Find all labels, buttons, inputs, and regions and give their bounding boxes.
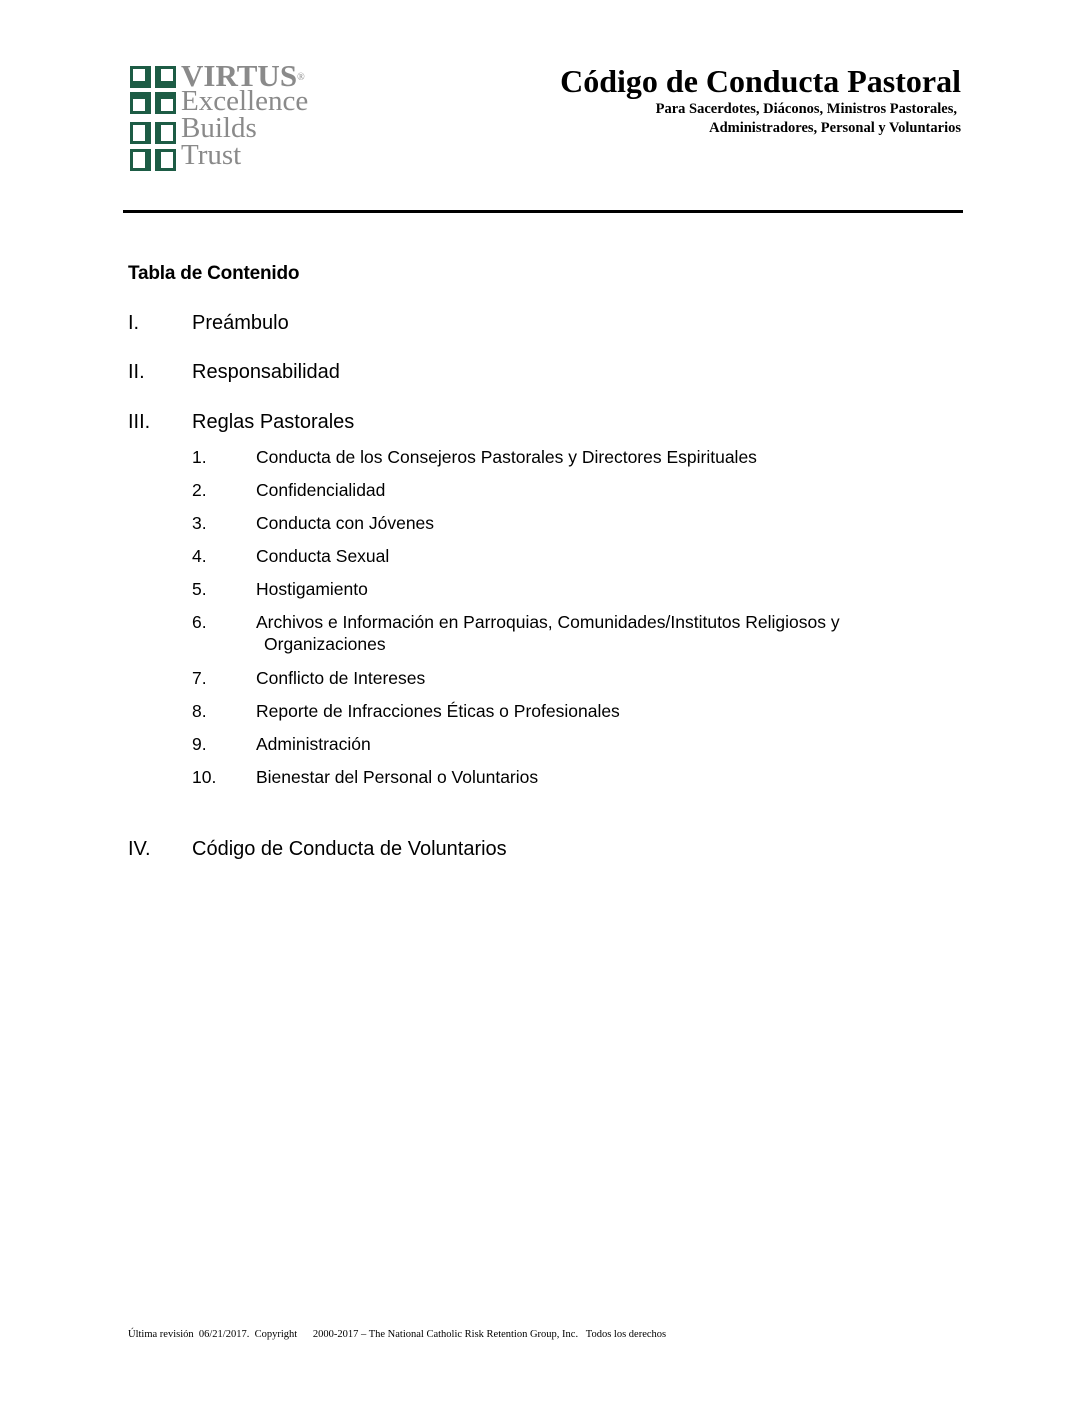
subitem-label: Conducta de los Consejeros Pastorales y … (256, 446, 757, 468)
logo-wordmark: VIRTUS® Excellence Builds Trust (181, 62, 308, 169)
toc-heading: Tabla de Contenido (128, 262, 299, 286)
subitem-label: Reporte de Infracciones Éticas o Profesi… (256, 700, 620, 722)
document-page: VIRTUS® Excellence Builds Trust Código d… (0, 0, 1088, 1408)
logo-line-1: Excellence (181, 88, 308, 115)
subitem-number: 10. (192, 766, 216, 788)
subitem-label: Administración (256, 733, 371, 755)
subtitle-line-1: Para Sacerdotes, Diáconos, Ministros Pas… (560, 100, 957, 119)
header-divider (123, 210, 963, 213)
subitem-label-continuation: Organizaciones (264, 633, 386, 655)
registered-mark: ® (297, 72, 305, 83)
subitem-number: 1. (192, 446, 207, 468)
virtus-logo: VIRTUS® Excellence Builds Trust (130, 66, 340, 174)
subitem-number: 3. (192, 512, 207, 534)
section-number: I. (128, 311, 139, 335)
subitem-number: 4. (192, 545, 207, 567)
subitem-label: Hostigamiento (256, 578, 368, 600)
section-label: Preámbulo (192, 311, 289, 335)
logo-line-3: Trust (181, 142, 308, 169)
section-number: IV. (128, 837, 151, 861)
subitem-label: Conducta Sexual (256, 545, 389, 567)
section-label: Responsabilidad (192, 360, 340, 384)
subitem-label: Conducta con Jóvenes (256, 512, 434, 534)
subitem-label: Archivos e Información en Parroquias, Co… (256, 611, 840, 633)
document-subtitle: Para Sacerdotes, Diáconos, Ministros Pas… (560, 100, 961, 138)
subitem-label: Confidencialidad (256, 479, 385, 501)
subitem-label: Bienestar del Personal o Voluntarios (256, 766, 538, 788)
section-number: III. (128, 410, 150, 434)
subitem-number: 5. (192, 578, 207, 600)
section-label: Código de Conducta de Voluntarios (192, 837, 507, 861)
subitem-number: 9. (192, 733, 207, 755)
document-title: Código de Conducta Pastoral (560, 62, 961, 100)
subitem-number: 8. (192, 700, 207, 722)
table-of-contents: Tabla de Contenido I. Preámbulo II. Resp… (128, 262, 299, 286)
title-block: Código de Conducta Pastoral Para Sacerdo… (560, 62, 961, 138)
footer-copyright: Última revisión 06/21/2017. Copyright 20… (128, 1329, 666, 1340)
logo-line-2: Builds (181, 115, 308, 142)
subtitle-line-2: Administradores, Personal y Voluntarios (560, 119, 961, 138)
subitem-number: 6. (192, 611, 207, 633)
cross-grid-icon (130, 66, 180, 172)
subitem-number: 7. (192, 667, 207, 689)
section-number: II. (128, 360, 145, 384)
section-label: Reglas Pastorales (192, 410, 354, 434)
subitem-label: Conflicto de Intereses (256, 667, 425, 689)
subitem-number: 2. (192, 479, 207, 501)
